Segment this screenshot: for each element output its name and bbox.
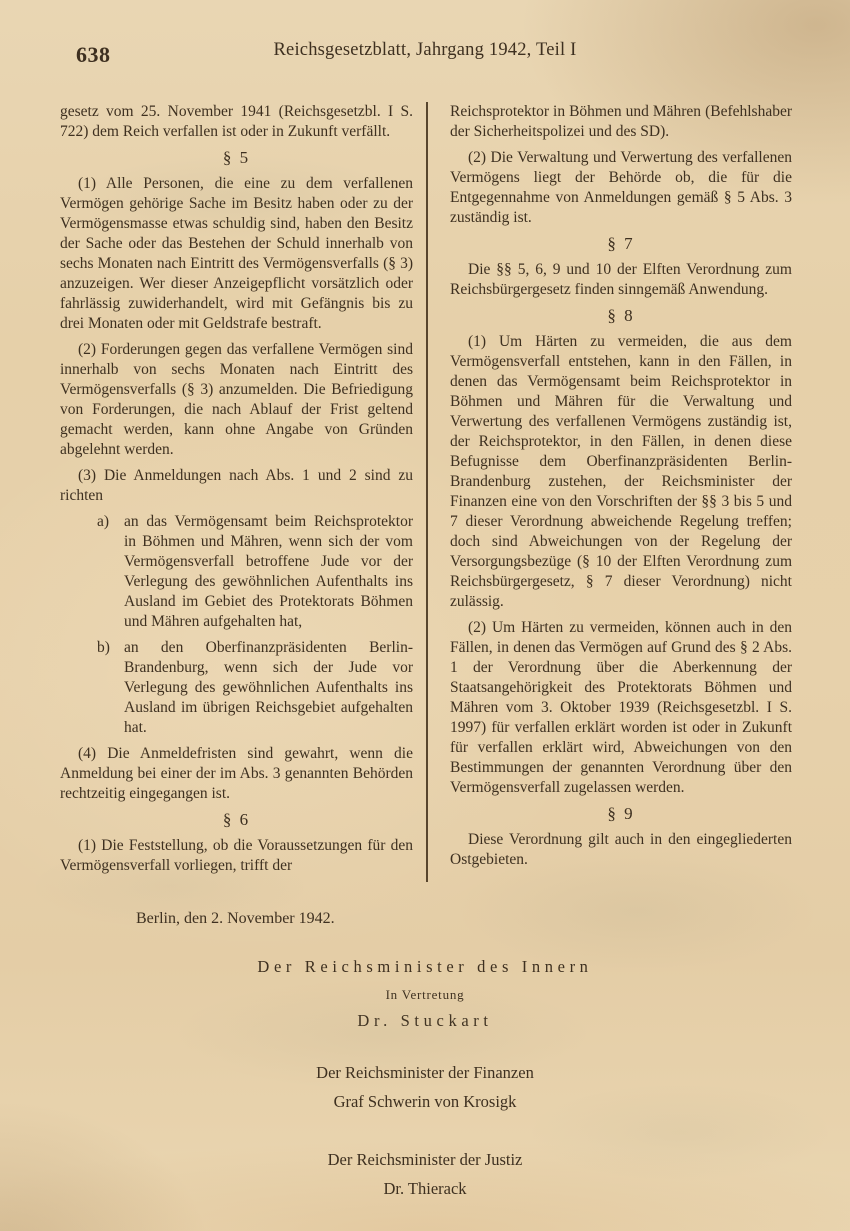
left-column: gesetz vom 25. November 1941 (Reichsgese…: [60, 102, 426, 882]
section-heading-7: § 7: [450, 234, 792, 254]
paragraph: Die §§ 5, 6, 9 und 10 der Elften Verordn…: [450, 260, 792, 300]
section-heading-6: § 6: [60, 810, 413, 830]
two-column-body: gesetz vom 25. November 1941 (Reichsgese…: [60, 102, 792, 882]
signature-name-stuckart: Dr. Stuckart: [0, 1010, 850, 1032]
page-number: 638: [76, 42, 111, 68]
list-item-b: b) an den Oberfinanzpräsidenten Berlin-B…: [60, 638, 413, 738]
list-text: an das Vermögensamt beim Reichsprotektor…: [124, 513, 413, 630]
paragraph: (1) Alle Personen, die eine zu dem verfa…: [60, 174, 413, 334]
paragraph: (2) Forderungen gegen das verfallene Ver…: [60, 340, 413, 460]
right-column: Reichsprotektor in Böhmen und Mähren (Be…: [426, 102, 792, 882]
paragraph: (3) Die Anmeldungen nach Abs. 1 und 2 si…: [60, 466, 413, 506]
signature-title-innern: Der Reichsminister des Innern: [0, 956, 850, 978]
signature-name-thierack: Dr. Thierack: [0, 1178, 850, 1200]
paragraph: Diese Verordnung gilt auch in den eingeg…: [450, 830, 792, 870]
signature-title-finanzen: Der Reichsminister der Finanzen: [0, 1062, 850, 1084]
paragraph: (1) Um Härten zu vermeiden, die aus dem …: [450, 332, 792, 612]
signature-name-krosigk: Graf Schwerin von Krosigk: [0, 1091, 850, 1113]
list-label: a): [97, 512, 109, 532]
running-title: Reichsgesetzblatt, Jahrgang 1942, Teil I: [0, 40, 850, 61]
section-heading-9: § 9: [450, 804, 792, 824]
paragraph: (2) Um Härten zu vermeiden, können auch …: [450, 618, 792, 798]
page-header: 638 Reichsgesetzblatt, Jahrgang 1942, Te…: [0, 0, 850, 86]
paragraph-continuation: gesetz vom 25. November 1941 (Reichsgese…: [60, 102, 413, 142]
signature-title-justiz: Der Reichsminister der Justiz: [0, 1149, 850, 1171]
section-heading-8: § 8: [450, 306, 792, 326]
paragraph: (1) Die Feststellung, ob die Voraussetzu…: [60, 836, 413, 876]
scanned-document-page: 638 Reichsgesetzblatt, Jahrgang 1942, Te…: [0, 0, 850, 1231]
paragraph: (2) Die Verwaltung und Verwertung des ve…: [450, 148, 792, 228]
list-text: an den Oberfinanzpräsidenten Berlin-Bran…: [124, 639, 413, 736]
signature-block: Der Reichsminister des Innern In Vertret…: [0, 956, 850, 1200]
list-label: b): [97, 638, 110, 658]
paragraph-continuation: Reichsprotektor in Böhmen und Mähren (Be…: [450, 102, 792, 142]
signature-subtitle: In Vertretung: [0, 987, 850, 1003]
dateline: Berlin, den 2. November 1942.: [136, 910, 850, 928]
section-heading-5: § 5: [60, 148, 413, 168]
paragraph: (4) Die Anmeldefristen sind gewahrt, wen…: [60, 744, 413, 804]
list-item-a: a) an das Vermögensamt beim Reichsprotek…: [60, 512, 413, 632]
